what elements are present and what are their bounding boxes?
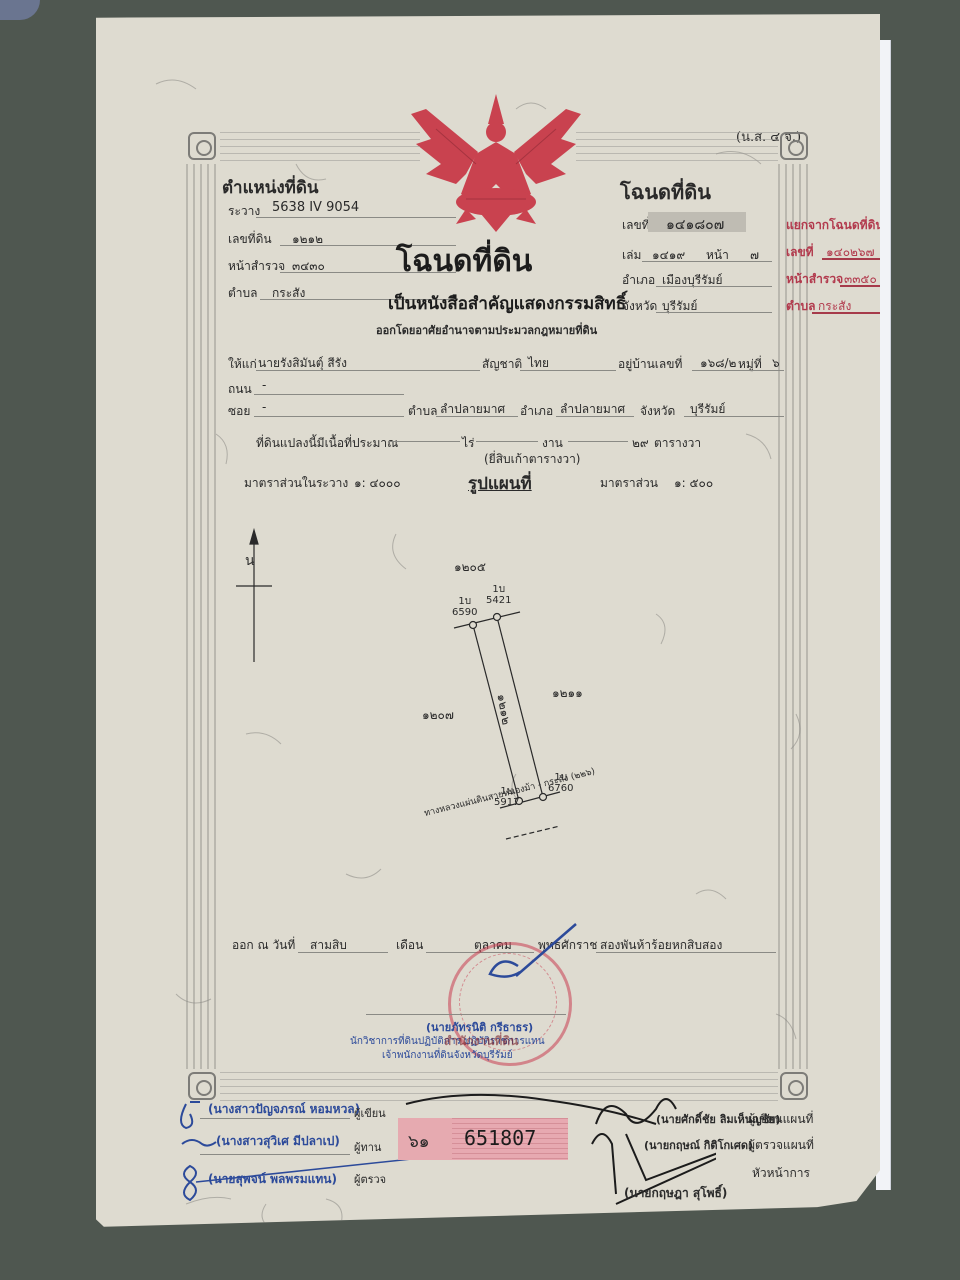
field-label: จังหวัด xyxy=(640,402,675,421)
garuda-emblem-icon xyxy=(406,84,586,234)
field-line xyxy=(692,370,784,371)
signature-line xyxy=(200,1118,350,1119)
parcel-north-number: ๑๒๐๕ xyxy=(454,558,486,577)
official-role: ผู้ตรวจแผนที่ xyxy=(748,1136,814,1155)
field-label: หน้า xyxy=(706,246,729,265)
field-label: เล่ม xyxy=(622,246,641,265)
field-label: ตำบล xyxy=(408,402,438,421)
field-line xyxy=(256,370,480,371)
official-role: ผู้ทาน xyxy=(354,1138,381,1156)
survey-page-value: ๓๔๓๐ xyxy=(292,257,325,276)
road-value: - xyxy=(262,378,266,392)
field-label: ถนน xyxy=(228,380,252,399)
field-line xyxy=(656,286,772,287)
sheet-scale-value: ๑: ๔๐๐๐ xyxy=(354,474,401,493)
parcel-number-value: ๑๒๑๒ xyxy=(292,230,323,249)
area-label: ที่ดินแปลงนี้มีเนื้อที่ประมาณ xyxy=(256,434,398,453)
field-line xyxy=(822,258,880,260)
official-name: (นางสาวสุวิเศ มีปลาเป) xyxy=(216,1132,340,1151)
field-label: ตำบล xyxy=(228,284,258,303)
official-name: (นายกฤษฎา สุโพธิ์) xyxy=(624,1184,727,1203)
official-role: ผู้ตรวจ xyxy=(354,1170,386,1188)
official-role: ผู้เขียนแผนที่ xyxy=(748,1110,813,1129)
square-wa-value: ๒๙ xyxy=(632,434,649,453)
microtext-border-left xyxy=(186,164,218,1069)
issued-by-law: ออกโดยอาศัยอำนาจตามประมวลกฎหมายที่ดิน xyxy=(376,321,597,339)
official-name: (นายกฤษณ์ กิติโกเศด) xyxy=(644,1136,753,1154)
marker-label: 1บ5421 xyxy=(486,584,511,606)
north-arrow-label: น xyxy=(245,550,255,572)
parcel-map: น ๑๒๐๕ ๑๒๐๗ ๑๒๑๑ ๑๒๑๒ 1บ6590 1บ5421 1บ59… xyxy=(230,504,650,844)
field-label: เลขที่ xyxy=(622,216,650,235)
signature-line xyxy=(366,1014,566,1015)
map-scale-value: ๑: ๕๐๐ xyxy=(674,474,713,493)
subdistrict-value: กระสัง xyxy=(272,284,305,303)
field-label: เลขที่ xyxy=(786,243,814,262)
parcel-west-number: ๑๒๐๗ xyxy=(422,706,454,725)
province-value: บุรีรัมย์ xyxy=(662,297,697,316)
corner-rosette-icon xyxy=(188,132,216,160)
signer-office: เจ้าพนักงานที่ดินจังหวัดบุรีรัมย์ xyxy=(382,1048,513,1063)
field-line xyxy=(656,312,772,313)
field-line xyxy=(556,416,634,417)
field-line xyxy=(254,416,404,417)
corner-rosette-icon xyxy=(780,1072,808,1100)
field-label: อำเภอ xyxy=(520,402,553,421)
document-subtitle: เป็นหนังสือสำคัญแสดงกรรมสิทธิ์ xyxy=(388,290,626,317)
field-line xyxy=(520,370,616,371)
deed-heading: โฉนดที่ดิน xyxy=(620,176,711,208)
deed-number-value: ๑๔๑๘๐๗ xyxy=(666,214,724,236)
field-label: หน้าสำรวจ xyxy=(228,257,285,276)
background-object xyxy=(0,0,40,20)
land-title-deed: (น.ส. ๔ จ.) ตำแหน่งที่ดิน ระวาง 5638 IV … xyxy=(96,14,880,1244)
sheet-scale-label: มาตราส่วนในระวาง xyxy=(244,474,348,493)
parcel-outline-drawing xyxy=(230,504,650,844)
field-label: อำเภอ xyxy=(622,271,655,290)
field-label: อยู่บ้านเลขที่ xyxy=(618,355,682,374)
map-heading: รูปแผนที่ xyxy=(468,470,532,497)
field-label: ให้แก่ xyxy=(228,355,257,374)
field-label: เดือน xyxy=(396,936,423,955)
document-title: โฉนดที่ดิน xyxy=(396,238,532,285)
signature-line xyxy=(200,1154,350,1155)
field-line xyxy=(298,952,388,953)
land-location-heading: ตำแหน่งที่ดิน xyxy=(222,174,319,201)
field-line xyxy=(840,285,880,287)
field-line xyxy=(684,416,784,417)
area-in-words: (ยี่สิบเก้าตารางวา) xyxy=(484,450,581,469)
parcel-east-number: ๑๒๑๑ xyxy=(552,684,583,703)
field-line xyxy=(812,312,880,314)
official-name: (นายสุพจน์ พลพรมแทน) xyxy=(208,1170,337,1189)
corner-rosette-icon xyxy=(780,132,808,160)
marker-label: 1บ6590 xyxy=(452,596,477,618)
map-scale-label: มาตราส่วน xyxy=(600,474,658,493)
field-label: หมู่ที่ xyxy=(738,355,762,374)
microtext-border-top xyxy=(220,132,420,162)
official-name: (นางสาวปัญจภรณ์ หอมหวล) xyxy=(208,1100,360,1119)
field-line xyxy=(256,217,456,218)
soi-value: - xyxy=(262,400,266,414)
field-label: หน้าสำรวจ xyxy=(786,270,843,289)
square-wa-label: ตารางวา xyxy=(654,434,701,453)
rai-label: ไร่ xyxy=(462,434,474,453)
field-label: จังหวัด xyxy=(622,297,657,316)
field-label: สัญชาติ xyxy=(482,355,522,374)
officer-signature xyxy=(476,914,586,994)
field-label: เลขที่ดิน xyxy=(228,230,272,249)
field-label: ซอย xyxy=(228,402,250,421)
page-value: ๗ xyxy=(750,246,759,265)
field-line xyxy=(254,394,404,395)
district-value: เมืองบุรีรัมย์ xyxy=(662,271,723,290)
field-label: ระวาง xyxy=(228,202,260,221)
map-sheet-value: 5638 IV 9054 xyxy=(272,200,359,215)
issue-date-label: ออก ณ วันที่ xyxy=(232,936,295,955)
volume-value: ๑๔๑๙ xyxy=(652,246,685,265)
ngan-line xyxy=(476,441,538,442)
field-line xyxy=(596,952,776,953)
official-role: ผู้เขียน xyxy=(354,1104,386,1122)
official-role: หัวหน้าการ xyxy=(752,1164,810,1183)
microtext-border-top xyxy=(576,132,778,162)
split-from-heading: แยกจากโฉนดที่ดิน xyxy=(786,216,884,235)
rai-line xyxy=(388,441,460,442)
field-line xyxy=(436,416,518,417)
wa-line xyxy=(568,441,628,442)
field-line xyxy=(642,261,772,262)
